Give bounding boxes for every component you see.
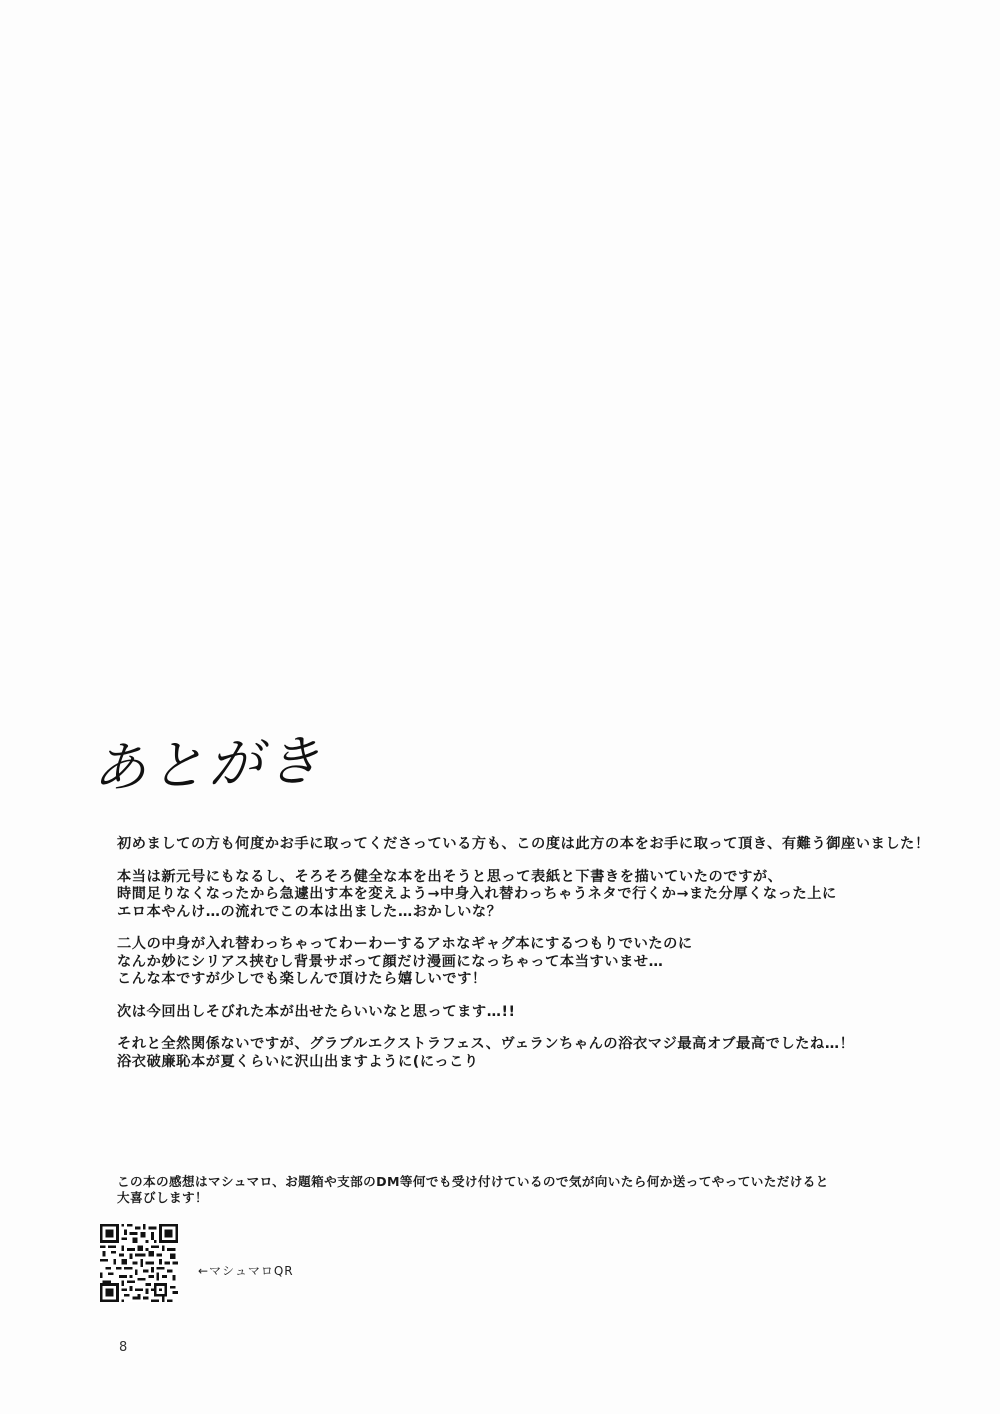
text-line: 大喜びします！ [117,1190,977,1206]
text-line: エロ本やんけ…の流れでこの本は出ました…おかしいな？ [117,904,977,922]
text-line: 浴衣破廉恥本が夏くらいに沢山出ますように(にっこり [117,1054,977,1072]
page-title: あとがき [91,718,326,803]
text-line: 時間足りなくなったから急遽出す本を変えよう→中身入れ替わっちゃうネタで行くか→ま… [117,886,977,904]
page-number: 8 [119,1340,127,1355]
text-line: 次は今回出しそびれた本が出せたらいいなと思ってます…!! [117,1004,977,1022]
afterword-body: 初めましての方も何度かお手に取ってくださっている方も、この度は此方の本をお手に取… [117,836,977,1086]
paragraph-3: 二人の中身が入れ替わっちゃってわーわーするアホなギャグ本にするつもりでいたのに … [117,936,977,989]
text-line: 本当は新元号にもなるし、そろそろ健全な本を出そうと思って表紙と下書きを描いていた… [117,869,977,887]
paragraph-5: それと全然関係ないですが、グラブルエクストラフェス、ヴェランちゃんの浴衣マジ最高… [117,1036,977,1071]
paragraph-4: 次は今回出しそびれた本が出せたらいいなと思ってます…!! [117,1004,977,1022]
text-line: こんな本ですが少しでも楽しんで頂けたら嬉しいです！ [117,971,977,989]
qr-label: ←マシュマロQR [198,1262,294,1279]
text-line: それと全然関係ないですが、グラブルエクストラフェス、ヴェランちゃんの浴衣マジ最高… [117,1036,977,1054]
text-line: この本の感想はマシュマロ、お題箱や支部のDM等何でも受け付けているので気が向いた… [117,1174,977,1190]
text-line: 二人の中身が入れ替わっちゃってわーわーするアホなギャグ本にするつもりでいたのに [117,936,977,954]
paragraph-1: 初めましての方も何度かお手に取ってくださっている方も、この度は此方の本をお手に取… [117,836,977,854]
paragraph-2: 本当は新元号にもなるし、そろそろ健全な本を出そうと思って表紙と下書きを描いていた… [117,869,977,922]
qr-code-icon[interactable] [100,1224,178,1302]
feedback-note: この本の感想はマシュマロ、お題箱や支部のDM等何でも受け付けているので気が向いた… [117,1174,977,1206]
text-line: なんか妙にシリアス挟むし背景サボって顔だけ漫画になっちゃって本当すいませ… [117,954,977,972]
text-line: 初めましての方も何度かお手に取ってくださっている方も、この度は此方の本をお手に取… [117,836,977,854]
